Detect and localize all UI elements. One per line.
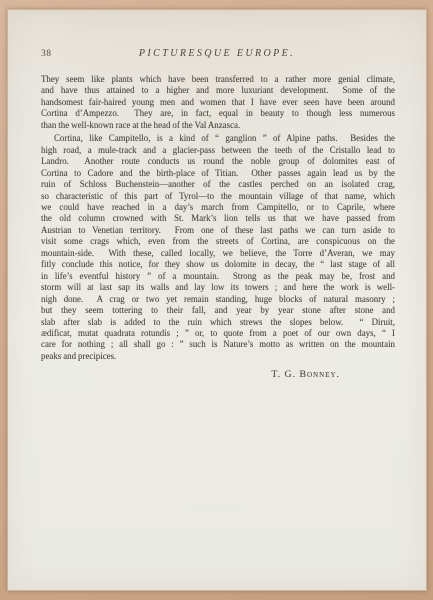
text-line: Cortina d’Ampezzo. They are, in fact, eq… [41, 108, 395, 119]
text-line: Cortina, like Campitello, is a kind of “… [41, 133, 395, 144]
text-line: than the well-known race at the head of … [41, 120, 395, 131]
text-line: we could have reached in a day’s march f… [41, 202, 395, 213]
text-line: ruin of Schloss Buchenstein—another of t… [41, 179, 395, 190]
text-line: care for nothing ; all shall go : ” such… [41, 339, 395, 350]
text-line: but they seem tottering to their fall, a… [41, 305, 395, 316]
text-line: Landro. Another route conducts us round … [41, 156, 395, 167]
author-signature: T. G. Bonney. [41, 369, 395, 380]
book-page: 38 PICTURESQUE EUROPE. They seem like pl… [7, 9, 427, 591]
text-line: fitly conclude this notice, for they sho… [41, 259, 395, 270]
page-number: 38 [41, 49, 52, 59]
text-line: nigh done. A crag or two yet remain stan… [41, 294, 395, 305]
text-line: Cortina to Cadore and the birth-place of… [41, 168, 395, 179]
running-title: PICTURESQUE EUROPE. [8, 48, 426, 59]
text-line: storm will at last sap its walls and lay… [41, 282, 395, 293]
text-line: mountain-side. With these, called locall… [41, 248, 395, 259]
body-text: They seem like plants which have been tr… [41, 74, 395, 362]
text-line: the old column crowned with St. Mark’s l… [41, 213, 395, 224]
paragraph: Cortina, like Campitello, is a kind of “… [41, 133, 395, 362]
page-header: 38 PICTURESQUE EUROPE. [8, 48, 426, 61]
text-line: Austrian to Venetian territory. From one… [41, 225, 395, 236]
text-line: peaks and precipices. [41, 351, 395, 362]
paragraph: They seem like plants which have been tr… [41, 74, 395, 131]
text-line: slab after slab is added to the ruin whi… [41, 317, 395, 328]
text-line: visit some crags which, even from the st… [41, 236, 395, 247]
text-line: They seem like plants which have been tr… [41, 74, 395, 85]
text-line: in life’s eventful history ” of a mounta… [41, 271, 395, 282]
text-line: so characteristic of this part of Tyrol—… [41, 191, 395, 202]
scanned-page-background: 38 PICTURESQUE EUROPE. They seem like pl… [0, 0, 433, 600]
text-line: handsomest fair-haired young men and wom… [41, 97, 395, 108]
text-line: high road, a mule-track and a glacier-pa… [41, 145, 395, 156]
text-line: and have thus attained to a higher and m… [41, 85, 395, 96]
text-line: ædificat, mutat quadrata rotundis ; ” or… [41, 328, 395, 339]
